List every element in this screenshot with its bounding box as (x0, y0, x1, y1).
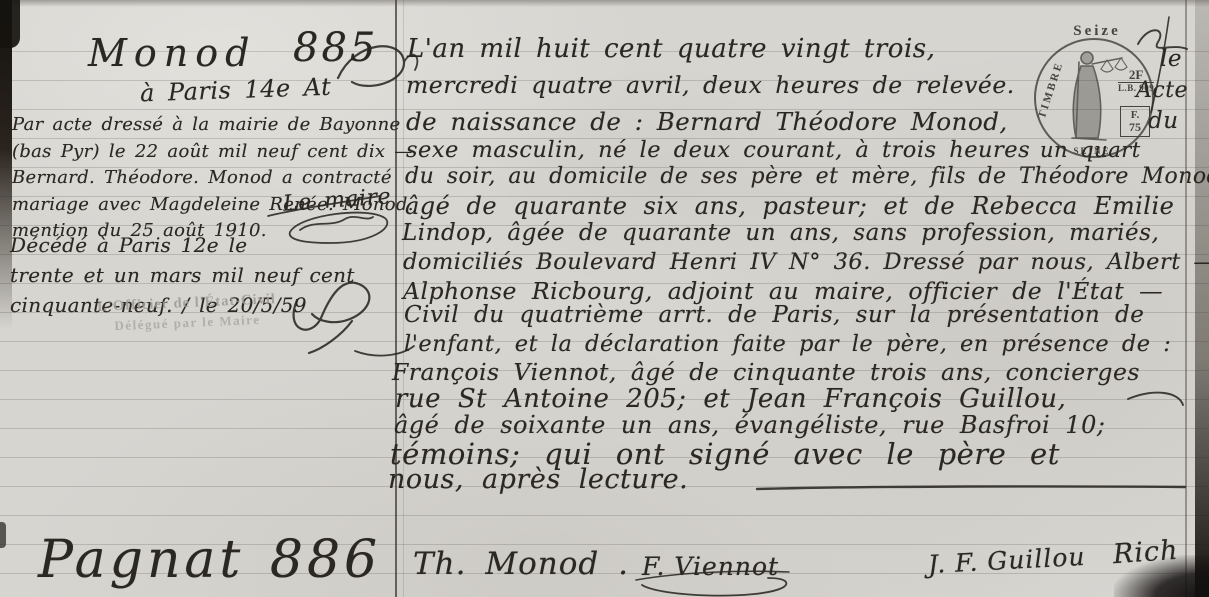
left-edge-mark (0, 522, 6, 548)
act-line: du soir, au domicile de ses père et mère… (405, 166, 1209, 188)
act-line: L'an mil huit cent quatre vingt trois, (407, 36, 935, 62)
act-line: rue St Antoine 205; et Jean François Gui… (395, 386, 1066, 412)
tax-stamp-box: F. 75 (1120, 106, 1150, 137)
record-act-number: 885 (293, 28, 378, 68)
tax-stamp-value-top: 2F (1118, 68, 1154, 83)
top-edge-shadow (0, 0, 1209, 7)
act-line: mercredi quatre avril, deux heures de re… (406, 74, 1015, 98)
death-note-line: trente et un mars mil neuf cent (10, 260, 355, 290)
death-note-line: Décédé à Paris 12e le (10, 230, 355, 260)
act-line: sexe masculin, né le deux courant, à tro… (406, 139, 1030, 162)
next-record-header: Pagnat 886 (38, 534, 381, 586)
signature-officer-partial: Rich (1112, 535, 1179, 570)
act-line: l'enfant, et la déclaration faite par le… (404, 333, 1171, 356)
act-fragment-unquart: un quart (1040, 140, 1141, 161)
record-surname: Monod (88, 34, 256, 72)
tax-stamp-box-75: 75 (1121, 121, 1149, 134)
act-line: de naissance de : Bernard Théodore Monod… (406, 110, 1008, 135)
right-edge-shadow (1195, 0, 1209, 597)
act-line: Alphonse Ricbourg, adjoint au maire, off… (403, 280, 1163, 304)
marriage-note-line: Par acte dressé à la mairie de Bayonne (12, 112, 414, 139)
marriage-note-line: (bas Pyr) le 22 août mil neuf cent dix — (12, 139, 414, 166)
record-place-line: à Paris 14e At (140, 75, 332, 106)
act-line: nous, après lecture. (388, 466, 688, 493)
act-line: François Viennot, âgé de cinquante trois… (392, 361, 1140, 385)
marriage-note: Par acte dressé à la mairie de Bayonne (… (12, 112, 414, 245)
act-line: Lindop, âgée de quarante un ans, sans pr… (402, 222, 1159, 245)
civil-register-scan: Monod 885 à Paris 14e At Par acte dressé… (0, 0, 1209, 597)
tax-stamp-value-bottom: L.B. 909 (1118, 83, 1154, 93)
signature-witness-viennot: F. Viennot (642, 552, 779, 581)
signature-witness-guillou: J. F. Guillou (927, 542, 1086, 579)
tax-stamp-value: 2F L.B. 909 (1118, 68, 1154, 93)
act-line: âgé de soixante un ans, évangéliste, rue… (394, 413, 1105, 437)
act-line: Civil du quatrième arrt. de Paris, sur l… (404, 304, 1144, 327)
left-corner-dark (0, 0, 20, 48)
signature-father: Th. Monod . (413, 546, 629, 582)
act-line: domiciliés Boulevard Henri IV N° 36. Dre… (403, 251, 1209, 274)
margin-divider-rule (395, 0, 397, 597)
act-line: âgé de quarante six ans, pasteur; et de … (405, 194, 1174, 218)
